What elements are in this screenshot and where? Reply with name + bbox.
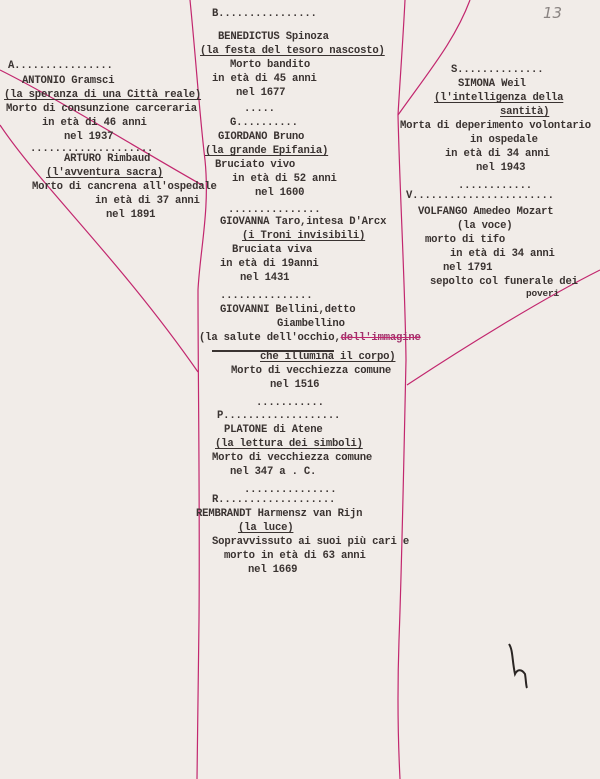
- entry-a2-age: in età di 37 anni: [95, 195, 200, 209]
- entry-g-year: nel 1600: [255, 187, 304, 201]
- entry-a-title: (la speranza di una Città reale): [4, 89, 201, 103]
- entry-p-title: (la lettura dei simboli): [215, 438, 363, 452]
- entry-b-title: (la festa del tesoro nascosto): [200, 45, 385, 59]
- entry-g3-name: GIOVANNI Bellini,detto: [220, 304, 355, 318]
- entry-b-name: BENEDICTUS Spinoza: [218, 31, 329, 45]
- entry-a2-year: nel 1891: [106, 209, 155, 223]
- entry-p-name: PLATONE di Atene: [224, 424, 323, 438]
- entry-p-year: nel 347 a . C.: [230, 466, 316, 480]
- entry-g-title: (la grande Epifania): [205, 145, 328, 159]
- entry-b-letter: B................: [212, 8, 317, 22]
- entry-s-death: Morta di deperimento volontario: [400, 120, 591, 134]
- entry-b-year: nel 1677: [236, 87, 285, 101]
- document-page: 13 A................ ANTONIO Gramsci (la…: [0, 0, 600, 779]
- entry-s-letter: S..............: [451, 64, 543, 78]
- entry-a2-title: (l'avventura sacra): [46, 167, 163, 181]
- entry-s-title2: santità): [500, 106, 549, 120]
- entry-a2-name: ARTURO Rimbaud: [64, 153, 150, 167]
- entry-v-letter: V.......................: [406, 190, 554, 204]
- entry-v-note2: poveri: [526, 287, 559, 301]
- entry-g2-name: GIOVANNA Taro,intesa D'Arcx: [220, 216, 386, 230]
- entry-g-death: Bruciato vivo: [215, 159, 295, 173]
- entry-a-letter: A................: [8, 60, 113, 74]
- entry-b-death: Morto bandito: [230, 59, 310, 73]
- entry-b-separator: .....: [244, 103, 275, 117]
- entry-g2-title: (i Troni invisibili): [242, 230, 365, 244]
- entry-a-name: ANTONIO Gramsci: [22, 75, 114, 89]
- entry-v-name: VOLFANGO Amedeo Mozart: [418, 206, 553, 220]
- entry-g-age: in età di 52 anni: [232, 173, 337, 187]
- entry-g3-title: (la salute dell'occhio,dell'immagine: [199, 332, 421, 346]
- entry-g2-year: nel 1431: [240, 272, 289, 286]
- entry-v-year: nel 1791: [443, 262, 492, 276]
- entry-g2-death: Bruciata viva: [232, 244, 312, 258]
- entry-s-year: nel 1943: [476, 162, 525, 176]
- entry-p-letter: P...................: [217, 410, 340, 424]
- entry-s-name: SIMONA Weil: [458, 78, 526, 92]
- entry-g3-struck-text: dell'immagine: [341, 332, 421, 344]
- entry-a-age: in età di 46 anni: [42, 117, 147, 131]
- trunk-right-line: [398, 0, 406, 779]
- page-number: 13: [543, 4, 562, 22]
- entry-v-title: (la voce): [457, 220, 512, 234]
- handwritten-mark: [505, 640, 535, 690]
- entry-g3-name2: Giambellino: [277, 318, 345, 332]
- entry-r-year: nel 1669: [248, 564, 297, 578]
- entry-g3-separator: ...........: [256, 397, 324, 411]
- entry-v-age: in età di 34 anni: [450, 248, 555, 262]
- entry-r-letter: R...................: [212, 494, 335, 508]
- entry-s-age: in età di 34 anni: [445, 148, 550, 162]
- entry-b-age: in età di 45 anni: [212, 73, 317, 87]
- entry-g3-death: Morto di vecchiezza comune: [231, 365, 391, 379]
- entry-p-death: Morto di vecchiezza comune: [212, 452, 372, 466]
- entry-v-death: morto di tifo: [425, 234, 505, 248]
- entry-g2-separator: ...............: [220, 290, 312, 304]
- entry-a-death: Morto di consunzione carceraria: [6, 103, 197, 117]
- entry-g3-year: nel 1516: [270, 379, 319, 393]
- entry-r-title: (la luce): [238, 522, 293, 536]
- entry-s-death2: in ospedale: [470, 134, 538, 148]
- entry-a2-death: Morto di cancrena all'ospedale: [32, 181, 217, 195]
- trunk-left-line: [190, 0, 206, 779]
- entry-r-name: REMBRANDT Harmensz van Rijn: [196, 508, 362, 522]
- entry-r-death: Sopravvissuto ai suoi più cari e: [212, 536, 409, 550]
- entry-r-death2: morto in età di 63 anni: [224, 550, 366, 564]
- entry-g-letter: G..........: [230, 117, 298, 131]
- entry-g-name: GIORDANO Bruno: [218, 131, 304, 145]
- entry-s-title: (l'intelligenza della: [434, 92, 563, 106]
- entry-g3-title2: che illumina il corpo): [260, 351, 395, 365]
- entry-g3-title-text: (la salute dell'occhio,: [199, 332, 341, 344]
- entry-g2-age: in età di 19anni: [220, 258, 319, 272]
